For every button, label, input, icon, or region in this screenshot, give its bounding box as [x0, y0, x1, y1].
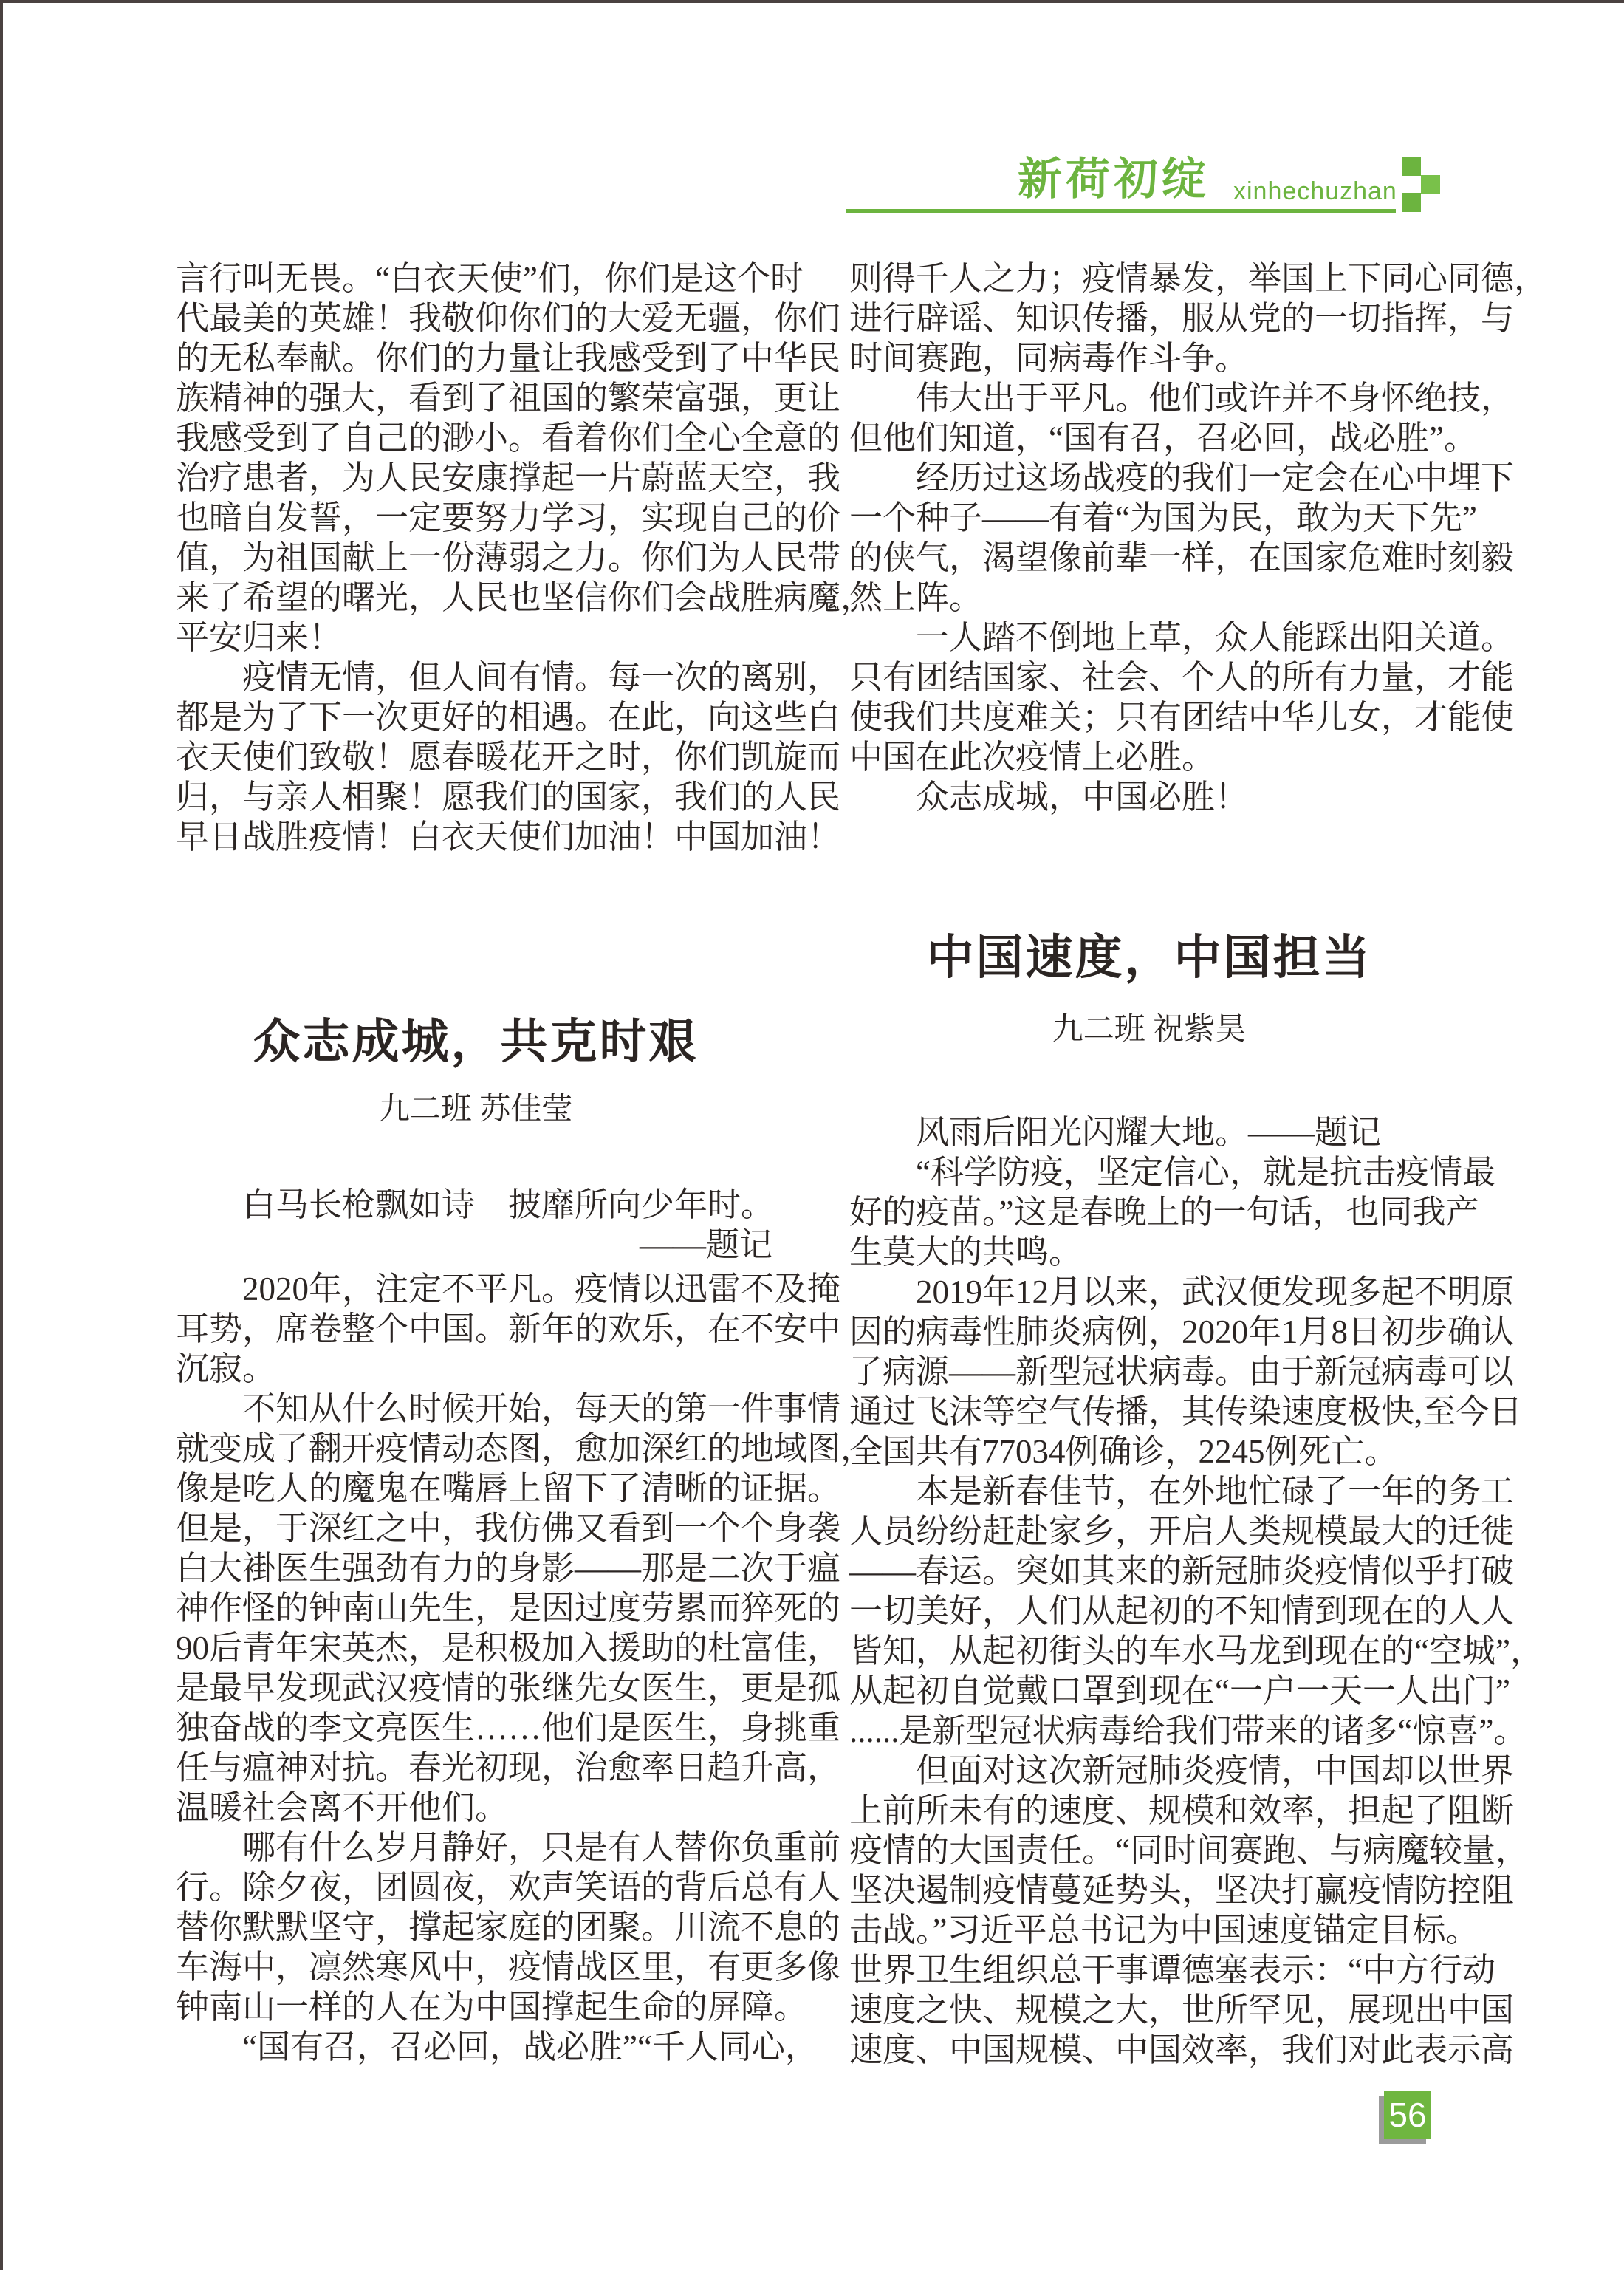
logo-square-icon [1402, 193, 1421, 212]
text-line: 击战。”习近平总书记为中国速度锚定目标。 [849, 1910, 1449, 1950]
text-line: 像是吃人的魔鬼在嘴唇上留下了清晰的证据。 [176, 1469, 775, 1508]
text-line: 只有团结国家、社会、个人的所有力量，才能 [849, 657, 1449, 697]
text-line: 本是新春佳节，在外地忙碌了一年的务工 [849, 1471, 1449, 1511]
text-line: 2019年12月以来，武汉便发现多起不明原 [849, 1272, 1449, 1312]
text-line: 上前所未有的速度、规模和效率，担起了阻断 [849, 1791, 1449, 1830]
text-line: 但他们知道，“国有召，召必回，战必胜”。 [849, 418, 1449, 458]
text-line: 来了希望的曙光，人民也坚信你们会战胜病魔， [176, 578, 775, 618]
text-line: 哪有什么岁月静好，只是有人替你负重前 [176, 1828, 775, 1867]
magazine-page: 新荷初绽 xinhechuzhan 言行叫无畏。“白衣天使”们，你们是这个时 代… [0, 0, 1624, 2270]
text-line: 归，与亲人相聚！愿我们的国家，我们的人民 [176, 777, 775, 817]
text-line: 因的病毒性肺炎病例，2020年1月8日初步确认 [849, 1312, 1449, 1352]
text-line: “国有召，召必回，战必胜”“千人同心， [176, 2027, 775, 2067]
right-column-part2: 风雨后阳光闪耀大地。——题记 “科学防疫，坚定信心，就是抗击疫情最 好的疫苗。”… [849, 1112, 1449, 2070]
text-line: “科学防疫，坚定信心，就是抗击疫情最 [849, 1152, 1449, 1192]
text-line: 钟南山一样的人在为中国撑起生命的屏障。 [176, 1987, 775, 2027]
text-line: 坚决遏制疫情蔓延势头，坚决打赢疫情防控阻 [849, 1870, 1449, 1910]
text-line: 车海中，凛然寒风中，疫情战区里，有更多像 [176, 1947, 775, 1987]
text-line: 速度、中国规模、中国效率，我们对此表示高 [849, 2030, 1449, 2070]
logo-square-icon [1421, 175, 1440, 194]
text-line: 但是，于深红之中，我仿佛又看到一个个身袭 [176, 1508, 775, 1548]
magazine-logo-cn: 新荷初绽 [1018, 155, 1210, 204]
text-line: 伟大出于平凡。他们或许并不身怀绝技， [849, 378, 1449, 418]
text-line: 一人踏不倒地上草，众人能踩出阳关道。 [849, 618, 1449, 657]
text-line: 治疗患者，为人民安康撑起一片蔚蓝天空，我 [176, 458, 775, 498]
text-line: 言行叫无畏。“白衣天使”们，你们是这个时 [176, 259, 775, 298]
text-line: ......是新型冠状病毒给我们带来的诸多“惊喜”。 [849, 1711, 1449, 1751]
text-line: 衣天使们致敬！愿春暖花开之时，你们凯旋而 [176, 737, 775, 777]
page-number-badge: 56 [1384, 2091, 1431, 2139]
text-line: 中国在此次疫情上必胜。 [849, 737, 1449, 777]
text-line: 时间赛跑，同病毒作斗争。 [849, 338, 1449, 378]
text-line: 沉寂。 [176, 1349, 775, 1389]
text-line: 也暗自发誓，一定要努力学习，实现自己的价 [176, 498, 775, 538]
text-line: 值，为祖国献上一份薄弱之力。你们为人民带 [176, 538, 775, 578]
text-line: 的侠气，渴望像前辈一样，在国家危难时刻毅 [849, 538, 1449, 578]
text-line: 全国共有77034例确诊，2245例死亡。 [849, 1432, 1449, 1471]
text-line: 经历过这场战疫的我们一定会在心中埋下 [849, 458, 1449, 498]
text-line: 90后青年宋英杰，是积极加入援助的杜富佳， [176, 1628, 775, 1668]
text-line: 进行辟谣、知识传播，服从党的一切指挥，与 [849, 298, 1449, 338]
magazine-logo-en: xinhechuzhan [1233, 177, 1397, 205]
text-line: 然上阵。 [849, 578, 1449, 618]
text-line: 世界卫生组织总干事谭德塞表示：“中方行动 [849, 1950, 1449, 1990]
page-left-border [0, 0, 3, 2270]
text-line: 独奋战的李文亮医生……他们是医生，身挑重 [176, 1708, 775, 1748]
article-author: 九二班 苏佳莹 [176, 1092, 775, 1127]
text-line: ——春运。突如其来的新冠肺炎疫情似乎打破 [849, 1551, 1449, 1591]
right-column-part1: 则得千人之力；疫情暴发，举国上下同心同德， 进行辟谣、知识传播，服从党的一切指挥… [849, 259, 1449, 817]
text-line: 都是为了下一次更好的相遇。在此，向这些白 [176, 697, 775, 737]
article-author: 九二班 祝紫昊 [849, 1012, 1449, 1047]
text-line: 众志成城，中国必胜！ [849, 777, 1449, 817]
epigraph: 白马长枪飘如诗 披靡所向少年时。 [176, 1185, 775, 1225]
text-line: 疫情无情，但人间有情。每一次的离别， [176, 657, 775, 697]
text-line: 皆知，从起初街头的车水马龙到现在的“空城”， [849, 1631, 1449, 1671]
text-line: 生莫大的共鸣。 [849, 1232, 1449, 1272]
epigraph-signature: ——题记 [176, 1225, 775, 1265]
text-line: 温暖社会离不开他们。 [176, 1788, 775, 1828]
text-line: 则得千人之力；疫情暴发，举国上下同心同德， [849, 259, 1449, 298]
text-line: 不知从什么时候开始，每天的第一件事情 [176, 1389, 775, 1429]
text-line: 一个种子——有着“为国为民，敢为天下先” [849, 498, 1449, 538]
text-line: 平安归来！ [176, 618, 775, 657]
text-line: 替你默默坚守，撑起家庭的团聚。川流不息的 [176, 1907, 775, 1947]
text-line: 是最早发现武汉疫情的张继先女医生，更是孤 [176, 1668, 775, 1708]
page-top-border [0, 0, 1624, 3]
header-rule [846, 209, 1396, 213]
text-line: 使我们共度难关；只有团结中华儿女，才能使 [849, 697, 1449, 737]
text-line: 通过飞沫等空气传播，其传染速度极快,至今日 [849, 1392, 1449, 1432]
text-line: 的无私奉献。你们的力量让我感受到了中华民 [176, 338, 775, 378]
text-line: 风雨后阳光闪耀大地。——题记 [849, 1112, 1449, 1152]
text-line: 疫情的大国责任。“同时间赛跑、与病魔较量， [849, 1830, 1449, 1870]
text-line: 任与瘟神对抗。春光初现，治愈率日趋升高， [176, 1748, 775, 1788]
text-line: 一切美好，人们从起初的不知情到现在的人人 [849, 1591, 1449, 1631]
logo-square-icon [1402, 157, 1421, 176]
text-line: 从起初自觉戴口罩到现在“一户一天一人出门” [849, 1671, 1449, 1711]
text-line: 行。除夕夜，团圆夜，欢声笑语的背后总有人 [176, 1867, 775, 1907]
left-column-part1: 言行叫无畏。“白衣天使”们，你们是这个时 代最美的英雄！我敬仰你们的大爱无疆，你… [176, 259, 775, 857]
article-title: 中国速度，中国担当 [849, 932, 1449, 984]
text-line: 速度之快、规模之大，世所罕见，展现出中国 [849, 1990, 1449, 2030]
left-column-part2: 2020年，注定不平凡。疫情以迅雷不及掩 耳势，席卷整个中国。新年的欢乐，在不安… [176, 1269, 775, 2067]
text-line: 人员纷纷赶赴家乡，开启人类规模最大的迁徙 [849, 1511, 1449, 1551]
text-line: 神作怪的钟南山先生，是因过度劳累而猝死的 [176, 1588, 775, 1628]
text-line: 就变成了翻开疫情动态图，愈加深红的地域图， [176, 1429, 775, 1469]
text-line: 耳势，席卷整个中国。新年的欢乐，在不安中 [176, 1309, 775, 1349]
text-line: 代最美的英雄！我敬仰你们的大爱无疆，你们 [176, 298, 775, 338]
text-line: 2020年，注定不平凡。疫情以迅雷不及掩 [176, 1269, 775, 1309]
text-line: 好的疫苗。”这是春晚上的一句话，也同我产 [849, 1192, 1449, 1232]
text-line: 了病源——新型冠状病毒。由于新冠病毒可以 [849, 1352, 1449, 1392]
text-line: 族精神的强大，看到了祖国的繁荣富强，更让 [176, 378, 775, 418]
text-line: 白大褂医生强劲有力的身影——那是二次于瘟 [176, 1548, 775, 1588]
text-line: 但面对这次新冠肺炎疫情，中国却以世界 [849, 1751, 1449, 1791]
text-line: 早日战胜疫情！白衣天使们加油！中国加油！ [176, 817, 775, 857]
article-title: 众志成城，共克时艰 [176, 1016, 775, 1068]
text-line: 我感受到了自己的渺小。看着你们全心全意的 [176, 418, 775, 458]
